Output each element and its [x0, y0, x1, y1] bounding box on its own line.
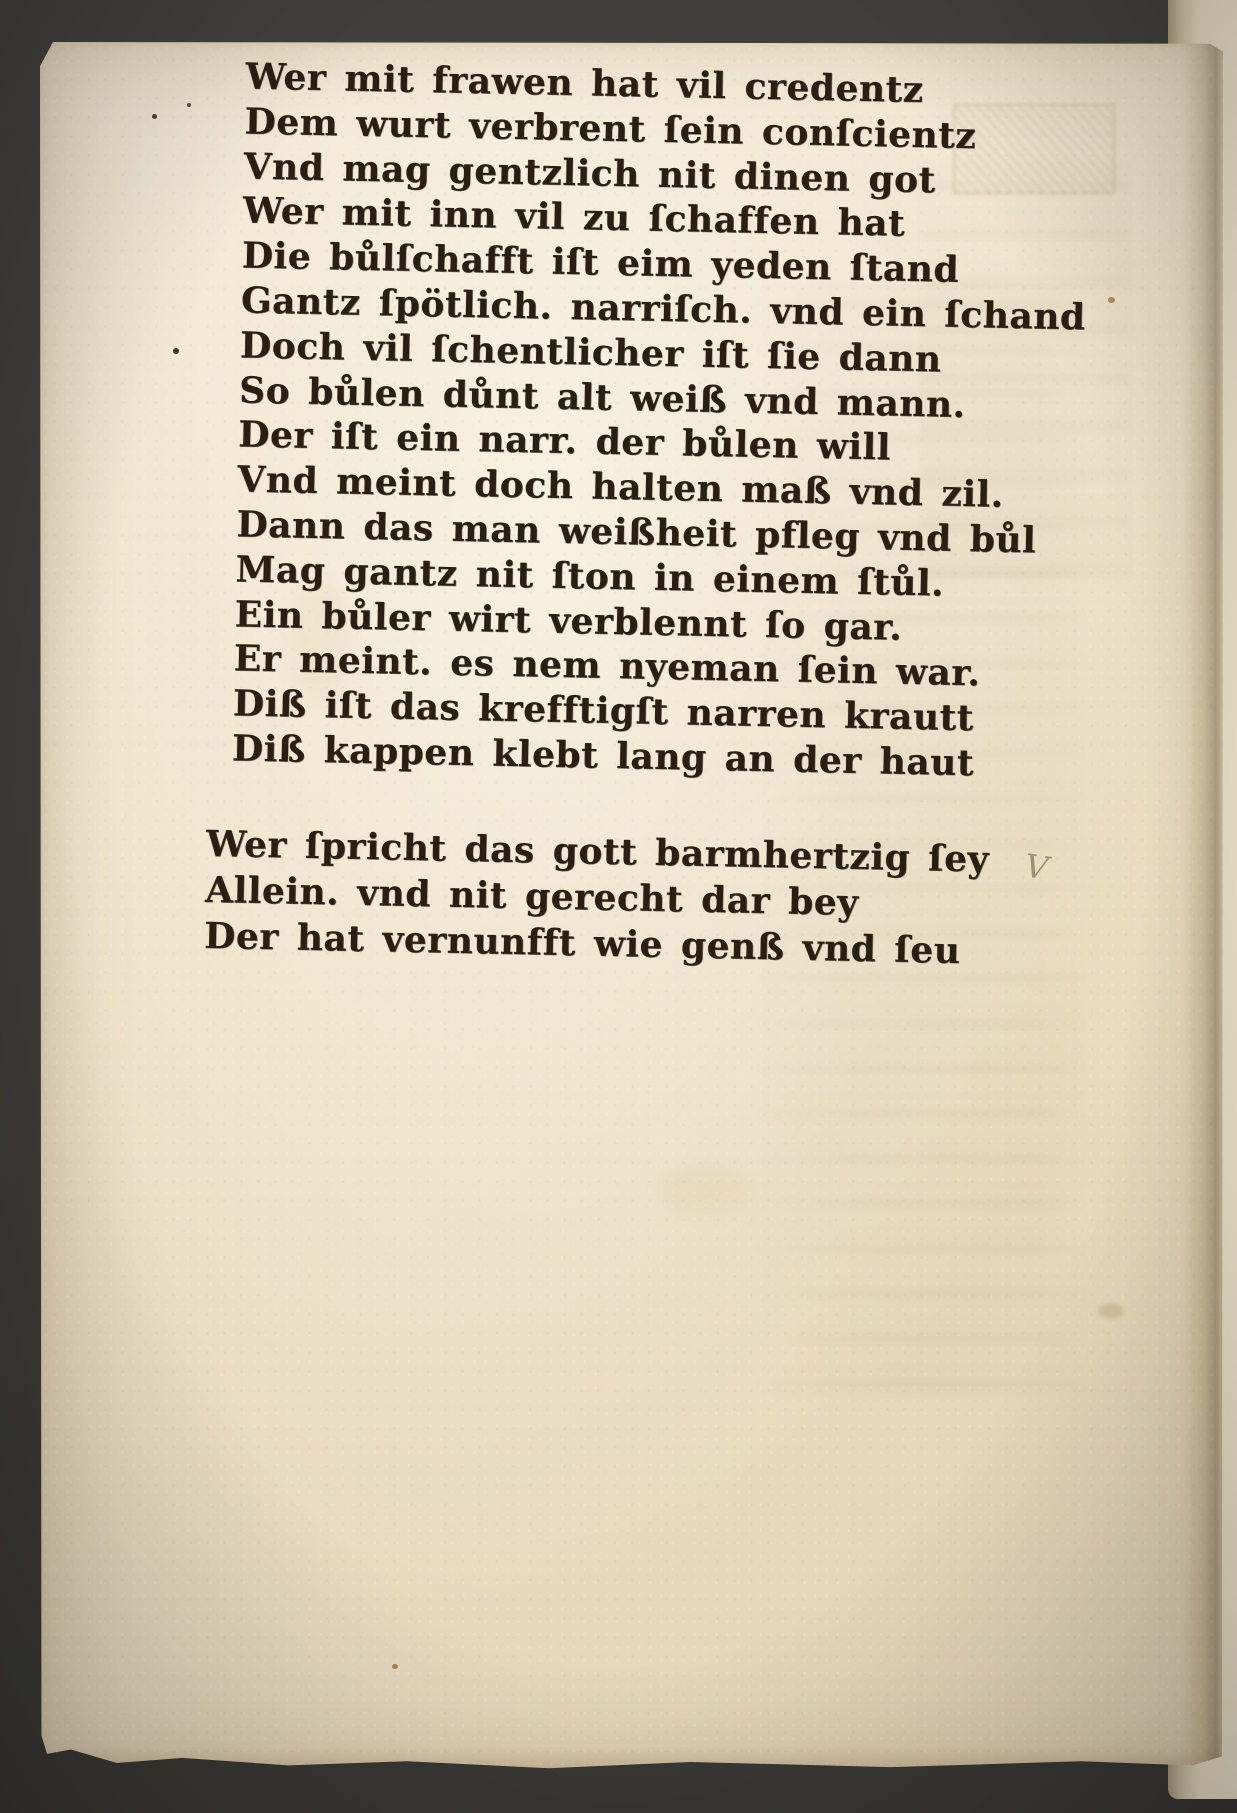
book-page: Wer mit frawen hat vil credentzDem wurt …: [40, 42, 1223, 1772]
gutter-fold-shadow: [1183, 42, 1223, 1772]
rust-stain: [1108, 297, 1115, 303]
handwritten-v-mark: V: [1020, 847, 1054, 887]
poem-text: Wer mit frawen hat vil credentzDem wurt …: [204, 54, 1002, 974]
stanza-1: Wer mit frawen hat vil credentzDem wurt …: [208, 54, 1002, 786]
ink-dot: [152, 114, 157, 119]
smudge-stain: [1098, 1304, 1124, 1318]
ink-dot: [187, 103, 191, 107]
brown-speck: [392, 1664, 398, 1669]
yellow-stain: [660, 1167, 750, 1213]
photo-background: Wer mit frawen hat vil credentzDem wurt …: [0, 0, 1237, 1813]
stanza-2: Wer ſpricht das gott barmhertzig ſeyAlle…: [204, 821, 987, 975]
bottom-edge-shadow: [40, 1746, 1223, 1772]
ink-dot: [173, 348, 179, 354]
